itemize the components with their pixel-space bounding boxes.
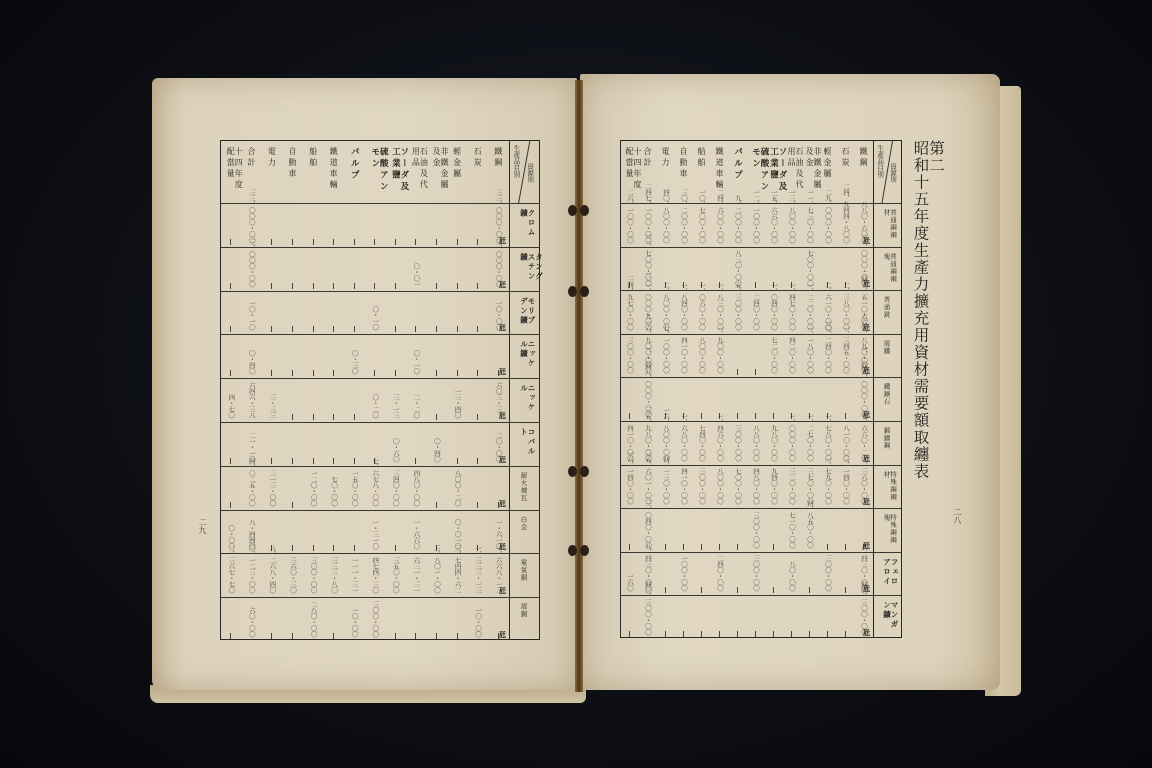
value-cell: 三〇〇・〇〇 (699, 468, 706, 504)
value-cell: 八〇〇・〇〇 (717, 468, 724, 504)
value-cell: 一・六六〇 (413, 519, 420, 549)
empty-cell-dash (292, 458, 293, 464)
empty-cell-dash (292, 370, 293, 376)
empty-cell-dash (395, 545, 396, 551)
empty-cell-dash (737, 413, 738, 419)
resource-label: 白金 (520, 516, 527, 531)
binding-hole (580, 286, 589, 297)
empty-cell-dash (415, 239, 416, 245)
empty-cell-dash (333, 326, 334, 332)
empty-cell-dash (737, 544, 738, 550)
empty-cell-dash (665, 587, 666, 593)
value-cell: 二四〇・〇〇 (753, 294, 760, 330)
value-cell: 三三三・八〇 (331, 557, 338, 593)
value-cell: 三・一三 (392, 394, 399, 418)
empty-cell-dash (477, 370, 478, 376)
empty-cell-dash (827, 631, 828, 637)
empty-cell-dash (415, 326, 416, 332)
empty-cell-dash (374, 239, 375, 245)
value-cell: 一、〇六〇・〇〇 (699, 282, 706, 330)
empty-cell-dash (292, 414, 293, 420)
value-cell: 二〇・〇〇 (495, 432, 502, 462)
empty-cell-dash (271, 326, 272, 332)
empty-cell-dash (457, 633, 458, 639)
band-divider (621, 508, 901, 509)
corner-label-product: 生產品目別 (877, 145, 884, 178)
left-table: 資源別生產品目別鐵鋼石炭輕金屬非鐵金屬及金石油及代用品ソーダ及工業鹽硫酸アンモン… (220, 140, 540, 640)
value-cell: 一〇・〇〇 (351, 607, 358, 637)
value-cell: 一三・四〇 (454, 388, 461, 418)
value-cell: 〇・四〇 (434, 438, 441, 462)
empty-cell-dash (354, 239, 355, 245)
empty-cell-dash (230, 633, 231, 639)
empty-cell-dash (354, 283, 355, 289)
value-cell: 三〇〇・〇〇 (627, 337, 634, 373)
empty-cell-dash (665, 631, 666, 637)
empty-cell-dash (230, 502, 231, 508)
empty-cell-dash (498, 502, 499, 508)
value-cell: 四〇、三〇〇・〇〇 (861, 581, 868, 635)
value-cell: 一二、一〇〇・〇〇 (753, 189, 760, 243)
empty-cell-dash (354, 458, 355, 464)
value-cell: 三、八〇一・〇〇 (434, 545, 441, 593)
value-cell: 四二〇・〇〇 (789, 337, 796, 373)
empty-cell-dash (845, 631, 846, 637)
empty-cell-dash (809, 631, 810, 637)
empty-cell-dash (457, 239, 458, 245)
empty-cell-dash (477, 239, 478, 245)
empty-cell-dash (701, 413, 702, 419)
value-cell: 六〇三・三二 (495, 382, 502, 418)
empty-cell-dash (313, 458, 314, 464)
value-cell: 三三、〇〇〇・〇〇 (248, 189, 255, 243)
empty-cell-dash (845, 544, 846, 550)
value-cell: 一三、八〇〇・〇〇 (789, 189, 796, 243)
resource-label: マンガン鑛 (883, 601, 898, 635)
empty-cell-dash (292, 239, 293, 245)
binding-hole (568, 286, 577, 297)
empty-cell-dash (395, 370, 396, 376)
resource-label: ニッケル (520, 384, 535, 418)
right-table: 資源別生產品目別鐵鋼石炭輕金屬非鐵金屬及金石油及代用品ソーダ及工業鹽硫酸アンモン… (620, 140, 902, 638)
value-cell: 一、一八〇・〇〇 (807, 325, 814, 373)
empty-cell-dash (436, 414, 437, 420)
empty-cell-dash (436, 370, 437, 376)
binding-hole (568, 205, 577, 216)
binding-hole (580, 466, 589, 477)
empty-cell-dash (755, 369, 756, 375)
resource-label: 鍛鑄鋼 (883, 427, 890, 450)
empty-cell-dash (271, 283, 272, 289)
value-cell: 四・七〇 (228, 394, 235, 418)
band-divider (621, 552, 901, 553)
resource-label: 特殊鋼鋼材 (883, 471, 896, 505)
value-cell: 三四、九七〇・〇〇 (627, 276, 634, 330)
empty-cell-dash (436, 283, 437, 289)
empty-cell-dash (292, 545, 293, 551)
band-divider (221, 247, 539, 248)
value-cell: 四七四・三〇 (372, 557, 379, 593)
binding-hole (580, 205, 589, 216)
value-cell: 一〇〇・〇〇 (681, 555, 688, 591)
value-cell: 八三〇・〇〇 (735, 250, 742, 286)
empty-cell-dash (498, 370, 499, 376)
product-label-5: ソーダ及工業鹽 (391, 147, 408, 199)
band-divider (221, 334, 539, 335)
value-cell: 一六、一四〇・〇〇 (627, 450, 634, 504)
value-cell: 四〇、八〇〇・〇〇 (663, 189, 670, 243)
product-label-3: 非鐵金屬及金 (432, 147, 448, 199)
value-cell: 一、三四五・〇〇 (843, 325, 850, 373)
empty-cell-dash (292, 633, 293, 639)
value-cell: 四、一三〇・〇〇 (663, 456, 670, 504)
value-cell: 三〇、一二三・〇〇 (248, 539, 255, 593)
unit-label: 瓩 (499, 499, 506, 509)
value-cell: 七〇・〇〇 (331, 476, 338, 506)
empty-cell-dash (230, 370, 231, 376)
value-cell: 四〇、三〇〇・〇〇 (645, 581, 652, 635)
right-page-number: 二八 (952, 508, 963, 524)
value-cell: 三、一四〇・〇〇 (843, 456, 850, 504)
product-label-1: 石炭 (473, 147, 481, 199)
value-cell: 一、三三三・一三 (475, 545, 482, 593)
title-text: 昭和十五年度生產力擴充用資材需要額取纏表 (912, 140, 930, 480)
empty-cell-dash (773, 544, 774, 550)
value-cell: 一、〇四八、〇〇〇・〇〇 (861, 345, 868, 417)
value-cell: 一、四六〇・〇〇 (717, 413, 724, 461)
empty-cell-dash (374, 370, 375, 376)
value-cell: 四八〇・〇〇 (753, 468, 760, 504)
empty-cell-dash (415, 633, 416, 639)
empty-cell-dash (333, 633, 334, 639)
product-label-7: パルプ (733, 147, 742, 199)
value-cell: 三、〇〇〇・〇〇 (248, 239, 255, 287)
value-cell: 三、〇〇〇・〇〇 (495, 239, 502, 287)
empty-cell-dash (230, 326, 231, 332)
header-column-divider (509, 141, 510, 639)
empty-cell-dash (477, 502, 478, 508)
empty-cell-dash (436, 326, 437, 332)
value-cell: 三〇〇・〇〇 (825, 555, 832, 591)
value-cell: 〇・〇一 (413, 263, 420, 287)
corner-label-product: 生產品目別 (513, 145, 520, 178)
value-cell: 一一一・三一 (351, 557, 358, 593)
empty-cell-dash (230, 283, 231, 289)
value-cell: 四八〇・〇〇 (413, 470, 420, 506)
value-cell: 七〇〇・〇〇 (735, 468, 742, 504)
value-cell: 一〇・〇〇 (495, 300, 502, 330)
value-cell: 三二〇・〇〇 (789, 468, 796, 504)
value-cell: 一、六八〇・〇〇 (681, 413, 688, 461)
empty-cell-dash (809, 587, 810, 593)
empty-cell-dash (354, 326, 355, 332)
product-label-10: 自動車 (288, 147, 296, 199)
empty-cell-dash (271, 458, 272, 464)
empty-cell-dash (457, 370, 458, 376)
empty-cell-dash (457, 458, 458, 464)
resource-label: 耐火煉瓦 (520, 472, 527, 502)
value-cell: 三、七四四・六二 (454, 545, 461, 593)
header-divider (221, 203, 539, 204)
value-cell: 八〇〇・二〇 (454, 470, 461, 506)
value-cell: 一、九〇〇・〇〇 (717, 325, 724, 373)
value-cell: 一、二七〇・〇〇 (807, 413, 814, 461)
value-cell: 七、六六〇・二〇 (861, 413, 868, 461)
resource-label: 鐵鑛石 (883, 383, 890, 406)
corner-label-resource: 資源別 (527, 163, 534, 183)
value-cell: 一一、七三〇・〇〇 (807, 189, 814, 243)
value-cell: 二・二〇 (413, 394, 420, 418)
value-cell: 二四〇・〇〇 (717, 555, 724, 591)
empty-cell-dash (665, 544, 666, 550)
empty-cell-dash (773, 413, 774, 419)
value-cell: 〇・四〇 (248, 350, 255, 374)
empty-cell-dash (737, 587, 738, 593)
binding-hole (568, 545, 577, 556)
empty-cell-dash (313, 326, 314, 332)
value-cell: 七、六七八・〇〇 (372, 458, 379, 506)
band-divider (221, 422, 539, 423)
value-cell: 三、〇四〇・〇〇 (645, 500, 652, 548)
value-cell: 四、〇二五・〇〇 (248, 458, 255, 506)
empty-cell-dash (333, 370, 334, 376)
empty-cell-dash (292, 326, 293, 332)
band-divider (621, 247, 901, 248)
value-cell: 二、八〇〇・〇〇 (663, 282, 670, 330)
resource-label: 普通鋼鋼塊 (883, 253, 896, 287)
resource-label: 電氣銅 (520, 559, 527, 582)
value-cell: 一五〇・〇〇 (351, 470, 358, 506)
resource-label: 特殊鋼鋼塊 (883, 514, 896, 548)
empty-cell-dash (333, 239, 334, 245)
value-cell: 二九、〇〇〇・〇〇 (825, 189, 832, 243)
resource-label: 屑鐵 (883, 340, 890, 355)
empty-cell-dash (701, 631, 702, 637)
unit-label: 瓩 (499, 367, 506, 377)
value-cell: 九、二〇〇・〇〇 (735, 195, 742, 243)
value-cell: 一、四七〇・〇〇 (789, 282, 796, 330)
value-cell: 一、七九〇・〇〇 (825, 456, 832, 504)
value-cell: 二六、一〇〇・〇〇 (627, 189, 634, 243)
value-cell: 一〇・一〇 (248, 300, 255, 330)
empty-cell-dash (719, 544, 720, 550)
empty-cell-dash (313, 370, 314, 376)
band-divider (221, 291, 539, 292)
empty-cell-dash (457, 283, 458, 289)
value-cell: 二、三六七・七〇 (228, 545, 235, 593)
empty-cell-dash (230, 458, 231, 464)
value-cell: 九四〇・〇〇 (771, 468, 778, 504)
value-cell: 一二〇・〇〇 (310, 470, 317, 506)
value-cell: 六三一・三一 (413, 557, 420, 593)
value-cell: 六四六・三八 (248, 382, 255, 418)
value-cell: 八、二六八・四〇 (269, 545, 276, 593)
product-label-8: 鐵道車輛 (329, 147, 337, 199)
value-cell: 七〇〇・〇〇 (807, 250, 814, 286)
band-divider (621, 377, 901, 378)
empty-cell-dash (477, 414, 478, 420)
value-cell: 二、三六〇・〇〇 (861, 456, 868, 504)
header-column-divider (873, 141, 874, 637)
band-divider (221, 466, 539, 467)
empty-cell-dash (791, 631, 792, 637)
resource-label: モリブデン鑛 (520, 297, 535, 331)
resource-label: 普通銑 (883, 296, 890, 319)
value-cell: 八八〇・〇〇 (753, 425, 760, 461)
value-cell: 〇・六〇 (392, 438, 399, 462)
empty-cell-dash (436, 502, 437, 508)
empty-cell-dash (477, 326, 478, 332)
value-cell: 〇・三〇 (351, 350, 358, 374)
value-cell: 三・三三 (269, 394, 276, 418)
value-cell: 二四、六〇〇・〇〇 (717, 189, 724, 243)
value-cell: 一、〇四〇・〇〇 (771, 282, 778, 330)
empty-cell-dash (271, 370, 272, 376)
empty-cell-dash (701, 587, 702, 593)
value-cell: 二四、九四四・八〇〇 (843, 183, 850, 243)
band-divider (221, 378, 539, 379)
value-cell: 一、七八〇・〇〇 (825, 413, 832, 461)
resource-label: コバルト (520, 428, 535, 462)
value-cell: 一六、八〇〇・〇〇 (663, 407, 670, 461)
document-title: 第二 昭和十五年度生產力擴充用資材需要額取纏表 (912, 140, 943, 480)
value-cell: 一六〇 (627, 573, 634, 591)
empty-cell-dash (436, 239, 437, 245)
band-divider (221, 510, 539, 511)
resource-label: 普通鋼鋼材 (883, 209, 896, 243)
value-cell: 一、八四〇・〇〇 (681, 282, 688, 330)
resource-label: 屑銅 (520, 603, 527, 618)
value-cell: 三七〇・〇〇 (807, 468, 814, 504)
empty-cell-dash (629, 544, 630, 550)
empty-cell-dash (457, 326, 458, 332)
value-cell: 三〇、二〇〇・〇〇 (681, 189, 688, 243)
product-label-2: 輕金屬 (453, 147, 461, 199)
value-cell: 三〇〇・〇〇 (753, 512, 760, 548)
product-label-9: 船舶 (309, 147, 317, 199)
empty-cell-dash (773, 631, 774, 637)
empty-cell-dash (498, 633, 499, 639)
value-cell: 一〇・〇〇 (475, 607, 482, 637)
value-cell: 一・三一〇 (372, 519, 379, 549)
empty-cell-dash (845, 587, 846, 593)
value-cell: 七、一〇〇・〇〇 (663, 325, 670, 373)
band-divider (621, 595, 901, 596)
empty-cell-dash (415, 458, 416, 464)
value-cell: 〇・一〇 (372, 306, 379, 330)
empty-cell-dash (230, 239, 231, 245)
value-cell: 三〇〇・〇〇 (735, 425, 742, 461)
book-spine (575, 80, 583, 692)
value-cell: 四一〇・〇〇 (681, 337, 688, 373)
empty-cell-dash (313, 414, 314, 420)
value-cell: 〇・一〇 (413, 350, 420, 374)
value-cell: 九八〇・〇〇 (771, 425, 778, 461)
resource-label: ニッケル鑛 (520, 340, 535, 374)
left-page-number: 二九 (197, 518, 208, 534)
value-cell: 七二〇・〇〇 (771, 337, 778, 373)
empty-cell-dash (755, 631, 756, 637)
product-label-7: パルプ (350, 147, 359, 199)
band-divider (221, 597, 539, 598)
value-cell: 一五、六六〇・〇〇 (771, 189, 778, 243)
resource-label: タングステン鑛 (520, 253, 543, 287)
product-label-0: 鐵鋼 (859, 147, 867, 199)
empty-cell-dash (827, 544, 828, 550)
value-cell: 二八〇・〇〇 (310, 601, 317, 637)
product-label-6: 硫酸アンモン (370, 147, 387, 199)
unit-label: 瓩 (499, 630, 506, 640)
empty-cell-dash (395, 239, 396, 245)
empty-cell-dash (354, 545, 355, 551)
empty-cell-dash (354, 414, 355, 420)
empty-cell-dash (333, 458, 334, 464)
empty-cell-dash (292, 502, 293, 508)
binding-hole (580, 545, 589, 556)
empty-cell-dash (629, 413, 630, 419)
value-cell: 四、八五〇・〇〇 (807, 500, 814, 548)
empty-cell-dash (271, 633, 272, 639)
product-label-4: 石油及代用品 (411, 147, 427, 199)
value-cell: 八〇〇・〇〇 (699, 337, 706, 373)
resource-label: クロム鑛 (520, 209, 535, 243)
empty-cell-dash (683, 631, 684, 637)
value-cell: 〇・二〇 (372, 394, 379, 418)
empty-cell-dash (374, 283, 375, 289)
value-cell: 五、三〇〇・〇〇 (735, 282, 742, 330)
value-cell: 六〇・〇〇 (248, 607, 255, 637)
product-label-11: 電力 (267, 147, 275, 199)
value-cell: 三〇〇・〇〇 (753, 555, 760, 591)
empty-cell-dash (629, 631, 630, 637)
value-cell: 八〇・〇〇 (789, 561, 796, 591)
empty-cell-dash (333, 283, 334, 289)
value-cell: 一、六六八・一三 (495, 545, 502, 593)
empty-cell-dash (436, 633, 437, 639)
empty-cell-dash (737, 369, 738, 375)
value-cell: 一、二二〇・〇〇 (807, 282, 814, 330)
empty-cell-dash (477, 283, 478, 289)
value-cell: 一〇、七〇〇・〇〇 (699, 189, 706, 243)
value-cell: 三五、六〇一・〇〇 (645, 450, 652, 504)
empty-cell-dash (477, 458, 478, 464)
empty-cell-dash (755, 282, 756, 288)
value-cell: 一、〇〇〇・〇〇 (789, 413, 796, 461)
value-cell: 一、八三〇・〇〇 (717, 282, 724, 330)
empty-cell-dash (701, 544, 702, 550)
empty-cell-dash (737, 631, 738, 637)
value-cell: 四一〇・〇〇 (681, 468, 688, 504)
empty-cell-dash (333, 545, 334, 551)
empty-cell-dash (395, 326, 396, 332)
value-cell: 三一三・〇〇 (269, 470, 276, 506)
value-cell: 三五〇・〇〇 (392, 557, 399, 593)
empty-cell-dash (313, 545, 314, 551)
value-cell: 七一〇・〇〇 (789, 512, 796, 548)
value-cell: 三三、〇〇〇・〇〇 (495, 189, 502, 243)
binding-hole (568, 466, 577, 477)
value-cell: 七四〇・〇〇 (699, 425, 706, 461)
empty-cell-dash (292, 283, 293, 289)
empty-cell-dash (271, 239, 272, 245)
product-label-13: 十四年度配當量 (226, 147, 242, 199)
value-cell: 三〇〇・〇〇 (372, 601, 379, 637)
value-cell: 三四〇・〇〇 (392, 470, 399, 506)
resource-label: フェロアロイ (883, 558, 898, 592)
empty-cell-dash (313, 239, 314, 245)
empty-cell-dash (313, 283, 314, 289)
empty-cell-dash (845, 413, 846, 419)
